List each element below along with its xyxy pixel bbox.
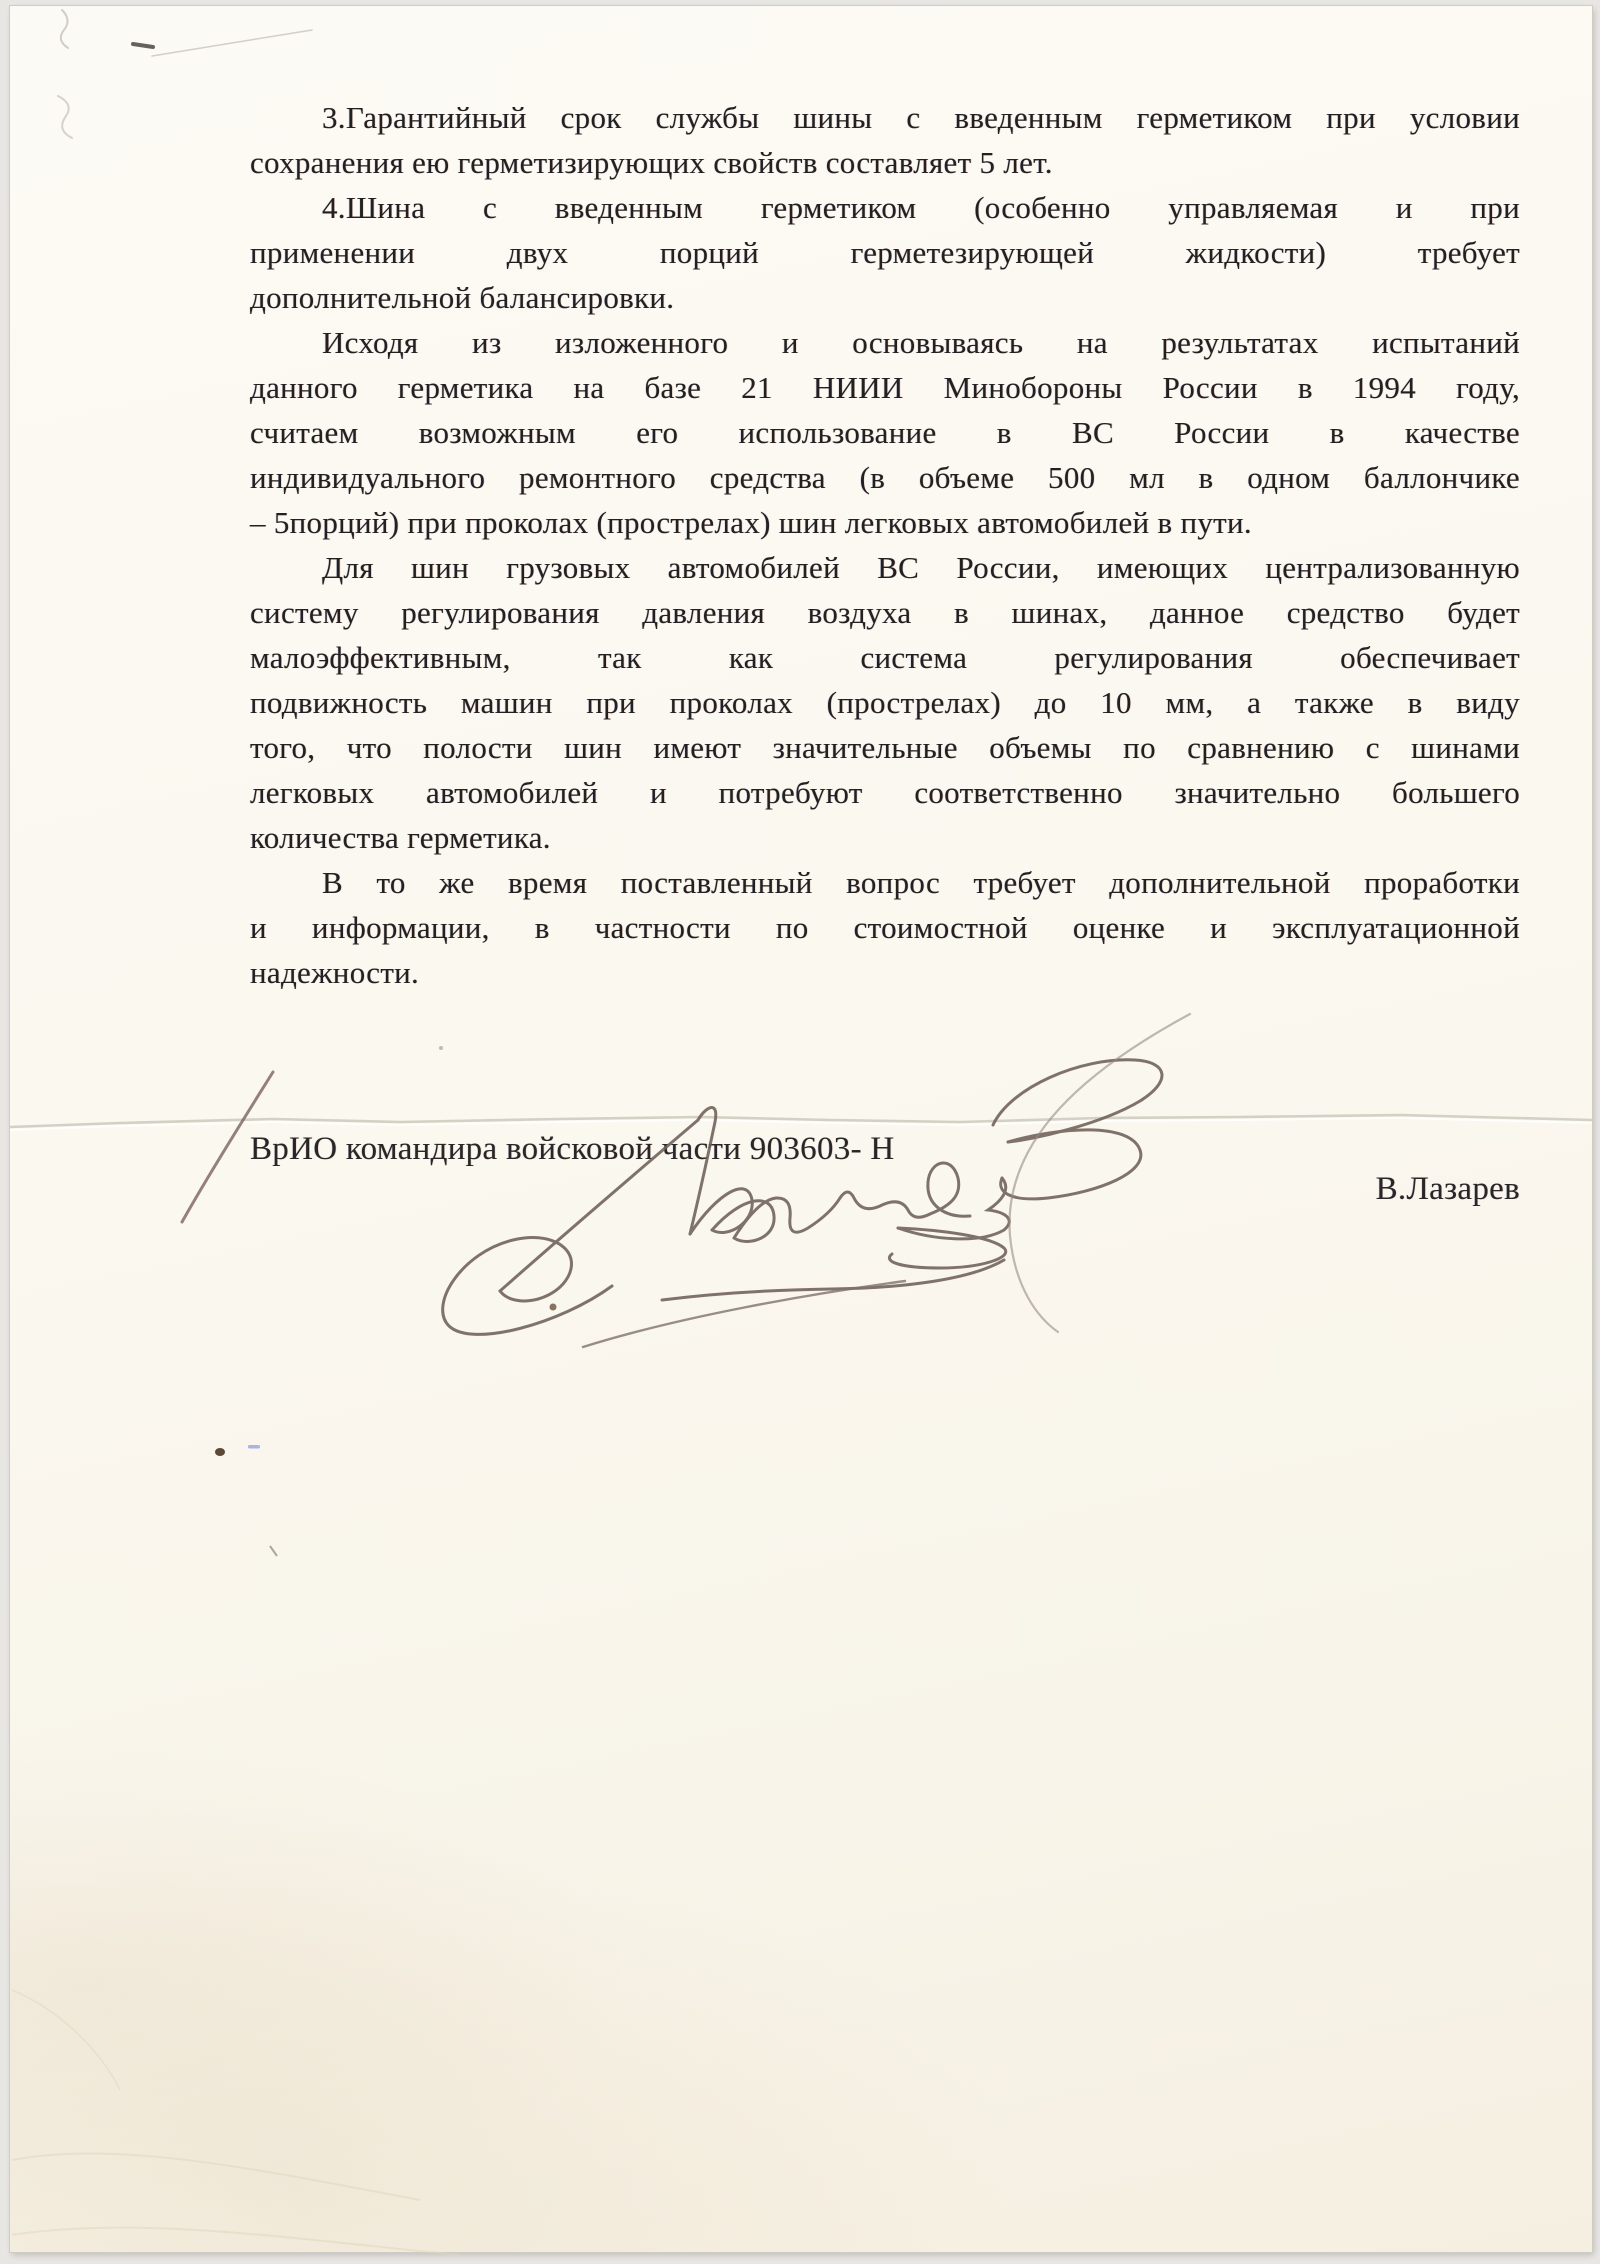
text-line: надежности.: [250, 950, 1520, 995]
text-line: 4.Шина с введенным герметиком (особенно …: [250, 185, 1520, 230]
text-line: 3.Гарантийный срок службы шины с введенн…: [250, 95, 1520, 140]
text-line: Для шин грузовых автомобилей ВС России, …: [250, 545, 1520, 590]
text-line: – 5порций) при проколах (прострелах) шин…: [250, 500, 1520, 545]
text-line: дополнительной балансировки.: [250, 275, 1520, 320]
text-line: малоэффективным, так как система регулир…: [250, 635, 1520, 680]
text-line: В то же время поставленный вопрос требуе…: [250, 860, 1520, 905]
text-line: применении двух порций герметезирующей ж…: [250, 230, 1520, 275]
text-line: подвижность машин при проколах (прострел…: [250, 680, 1520, 725]
text-line: систему регулирования давления воздуха в…: [250, 590, 1520, 635]
text-line: данного герметика на базе 21 НИИИ Минобо…: [250, 365, 1520, 410]
scanned-document: 3.Гарантийный срок службы шины с введенн…: [0, 0, 1600, 2264]
text-line: считаем возможным его использование в ВС…: [250, 410, 1520, 455]
document-text: 3.Гарантийный срок службы шины с введенн…: [250, 95, 1520, 995]
text-line: и информации, в частности по стоимостной…: [250, 905, 1520, 950]
text-line: того, что полости шин имеют значительные…: [250, 725, 1520, 770]
text-line: сохранения ею герметизирующих свойств со…: [250, 140, 1520, 185]
text-line: легковых автомобилей и потребуют соответ…: [250, 770, 1520, 815]
text-line: Исходя из изложенного и основываясь на р…: [250, 320, 1520, 365]
text-line: индивидуального ремонтного средства (в о…: [250, 455, 1520, 500]
text-line: количества герметика.: [250, 815, 1520, 860]
signer-name: В.Лазарев: [250, 1166, 1520, 1213]
